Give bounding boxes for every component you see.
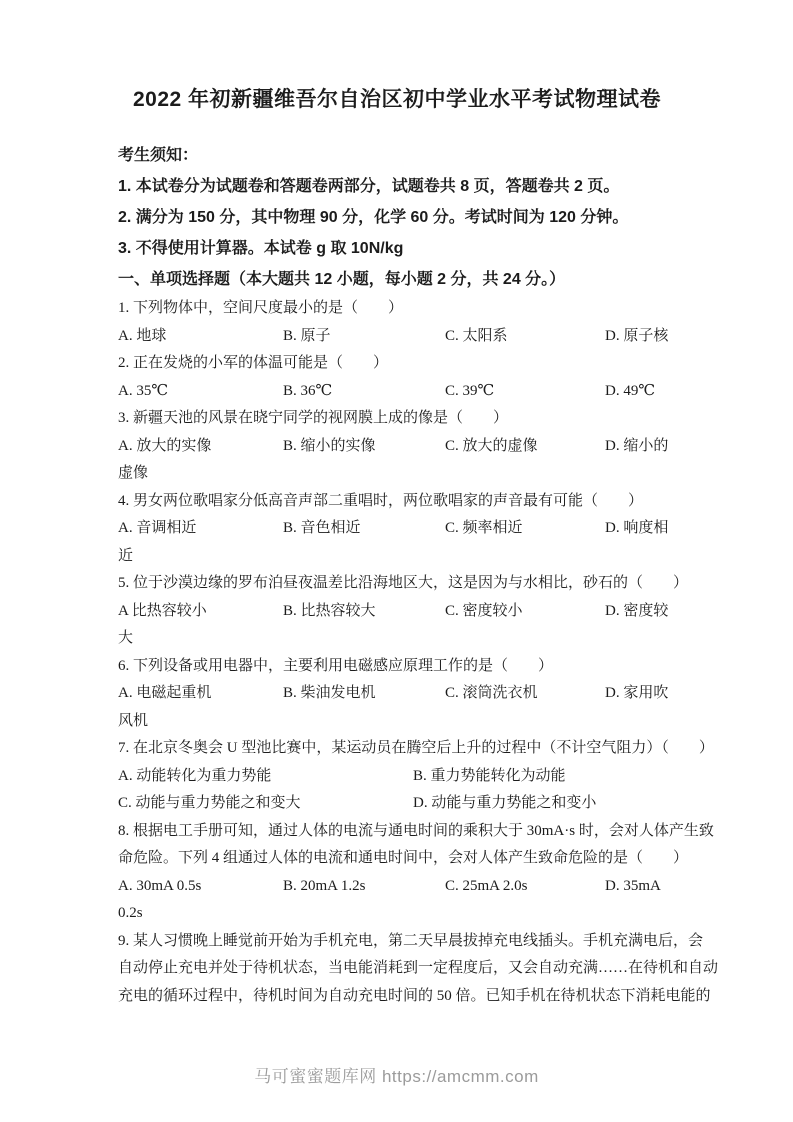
option-a: A. 35℃ bbox=[118, 378, 168, 406]
option-d-overflow: 风机 bbox=[118, 708, 676, 736]
option-d: D. 动能与重力势能之和变小 bbox=[413, 790, 596, 818]
option-b: B. 比热容较大 bbox=[283, 598, 376, 626]
options-row: A. 电磁起重机 B. 柴油发电机 C. 滚筒洗衣机 D. 家用吹 bbox=[118, 680, 676, 708]
exam-paper-page: 2022 年初新疆维吾尔自治区初中学业水平考试物理试卷 考生须知： 1. 本试卷… bbox=[0, 0, 793, 1122]
question-stem: 1. 下列物体中，空间尺度最小的是（ ） bbox=[118, 295, 676, 323]
options-row: C. 动能与重力势能之和变大 D. 动能与重力势能之和变小 bbox=[118, 790, 676, 818]
option-d: D. 35mA bbox=[605, 873, 661, 901]
notice-heading: 考生须知： bbox=[118, 140, 676, 171]
question-stem-line-2: 命危险。下列 4 组通过人体的电流和通电时间中，会对人体产生致命危险的是（ ） bbox=[118, 845, 676, 873]
option-d: D. 缩小的 bbox=[605, 433, 668, 461]
option-a: A. 动能转化为重力势能 bbox=[118, 763, 271, 791]
question-2: 2. 正在发烧的小军的体温可能是（ ） A. 35℃ B. 36℃ C. 39℃… bbox=[118, 350, 676, 405]
option-d-overflow: 大 bbox=[118, 625, 676, 653]
notice-item-3: 3. 不得使用计算器。本试卷 g 取 10N/kg bbox=[118, 233, 676, 264]
option-d-overflow: 0.2s bbox=[118, 900, 676, 928]
options-row: A. 放大的实像 B. 缩小的实像 C. 放大的虚像 D. 缩小的 bbox=[118, 433, 676, 461]
option-c: C. 25mA 2.0s bbox=[445, 873, 528, 901]
option-d-overflow: 近 bbox=[118, 543, 676, 571]
question-9: 9. 某人习惯晚上睡觉前开始为手机充电，第二天早晨拔掉充电线插头。手机充满电后，… bbox=[118, 928, 676, 1011]
option-c: C. 放大的虚像 bbox=[445, 433, 538, 461]
question-1: 1. 下列物体中，空间尺度最小的是（ ） A. 地球 B. 原子 C. 太阳系 … bbox=[118, 295, 676, 350]
section-heading: 一、单项选择题（本大题共 12 小题，每小题 2 分，共 24 分。） bbox=[118, 264, 676, 295]
notice-item-2: 2. 满分为 150 分，其中物理 90 分，化学 60 分。考试时间为 120… bbox=[118, 202, 676, 233]
options-row: A. 音调相近 B. 音色相近 C. 频率相近 D. 响度相 bbox=[118, 515, 676, 543]
question-5: 5. 位于沙漠边缘的罗布泊昼夜温差比沿海地区大，这是因为与水相比，砂石的（ ） … bbox=[118, 570, 676, 653]
option-d: D. 家用吹 bbox=[605, 680, 668, 708]
option-c: C. 39℃ bbox=[445, 378, 494, 406]
option-b: B. 柴油发电机 bbox=[283, 680, 376, 708]
question-stem: 7. 在北京冬奥会 U 型池比赛中，某运动员在腾空后上升的过程中（不计空气阻力）… bbox=[118, 735, 676, 763]
option-b: B. 缩小的实像 bbox=[283, 433, 376, 461]
question-stem-line-2: 自动停止充电并处于待机状态，当电能消耗到一定程度后，又会自动充满……在待机和自动 bbox=[118, 955, 676, 983]
question-stem-line-1: 9. 某人习惯晚上睡觉前开始为手机充电，第二天早晨拔掉充电线插头。手机充满电后，… bbox=[118, 928, 676, 956]
option-b: B. 20mA 1.2s bbox=[283, 873, 366, 901]
options-row: A. 地球 B. 原子 C. 太阳系 D. 原子核 bbox=[118, 323, 676, 351]
option-b: B. 36℃ bbox=[283, 378, 332, 406]
question-4: 4. 男女两位歌唱家分低高音声部二重唱时，两位歌唱家的声音最有可能（ ） A. … bbox=[118, 488, 676, 571]
option-a: A 比热容较小 bbox=[118, 598, 207, 626]
option-c: C. 动能与重力势能之和变大 bbox=[118, 790, 301, 818]
question-stem: 6. 下列设备或用电器中，主要利用电磁感应原理工作的是（ ） bbox=[118, 653, 676, 681]
option-c: C. 频率相近 bbox=[445, 515, 523, 543]
option-d: D. 49℃ bbox=[605, 378, 655, 406]
option-a: A. 电磁起重机 bbox=[118, 680, 211, 708]
option-d-overflow: 虚像 bbox=[118, 460, 676, 488]
notice-item-1: 1. 本试卷分为试题卷和答题卷两部分，试题卷共 8 页，答题卷共 2 页。 bbox=[118, 171, 676, 202]
option-b: B. 重力势能转化为动能 bbox=[413, 763, 566, 791]
option-d: D. 原子核 bbox=[605, 323, 668, 351]
option-a: A. 30mA 0.5s bbox=[118, 873, 201, 901]
footer-watermark: 马可蜜蜜题库网 https://amcmm.com bbox=[0, 1062, 793, 1087]
exam-content: 2022 年初新疆维吾尔自治区初中学业水平考试物理试卷 考生须知： 1. 本试卷… bbox=[118, 85, 676, 1010]
options-row: A. 动能转化为重力势能 B. 重力势能转化为动能 bbox=[118, 763, 676, 791]
question-6: 6. 下列设备或用电器中，主要利用电磁感应原理工作的是（ ） A. 电磁起重机 … bbox=[118, 653, 676, 736]
option-c: C. 太阳系 bbox=[445, 323, 508, 351]
option-a: A. 地球 bbox=[118, 323, 166, 351]
option-b: B. 音色相近 bbox=[283, 515, 361, 543]
option-d: D. 响度相 bbox=[605, 515, 668, 543]
question-stem-line-1: 8. 根据电工手册可知，通过人体的电流与通电时间的乘积大于 30mA·s 时，会… bbox=[118, 818, 676, 846]
question-stem-line-3: 充电的循环过程中，待机时间为自动充电时间的 50 倍。已知手机在待机状态下消耗电… bbox=[118, 983, 676, 1011]
option-b: B. 原子 bbox=[283, 323, 331, 351]
options-row: A. 30mA 0.5s B. 20mA 1.2s C. 25mA 2.0s D… bbox=[118, 873, 676, 901]
page-title: 2022 年初新疆维吾尔自治区初中学业水平考试物理试卷 bbox=[118, 85, 676, 115]
question-3: 3. 新疆天池的风景在晓宁同学的视网膜上成的像是（ ） A. 放大的实像 B. … bbox=[118, 405, 676, 488]
question-8: 8. 根据电工手册可知，通过人体的电流与通电时间的乘积大于 30mA·s 时，会… bbox=[118, 818, 676, 928]
question-stem: 3. 新疆天池的风景在晓宁同学的视网膜上成的像是（ ） bbox=[118, 405, 676, 433]
options-row: A. 35℃ B. 36℃ C. 39℃ D. 49℃ bbox=[118, 378, 676, 406]
option-c: C. 滚筒洗衣机 bbox=[445, 680, 538, 708]
option-a: A. 音调相近 bbox=[118, 515, 196, 543]
question-stem: 2. 正在发烧的小军的体温可能是（ ） bbox=[118, 350, 676, 378]
option-c: C. 密度较小 bbox=[445, 598, 523, 626]
question-stem: 4. 男女两位歌唱家分低高音声部二重唱时，两位歌唱家的声音最有可能（ ） bbox=[118, 488, 676, 516]
options-row: A 比热容较小 B. 比热容较大 C. 密度较小 D. 密度较 bbox=[118, 598, 676, 626]
question-stem: 5. 位于沙漠边缘的罗布泊昼夜温差比沿海地区大，这是因为与水相比，砂石的（ ） bbox=[118, 570, 676, 598]
question-7: 7. 在北京冬奥会 U 型池比赛中，某运动员在腾空后上升的过程中（不计空气阻力）… bbox=[118, 735, 676, 818]
option-a: A. 放大的实像 bbox=[118, 433, 211, 461]
notice-section: 考生须知： 1. 本试卷分为试题卷和答题卷两部分，试题卷共 8 页，答题卷共 2… bbox=[118, 140, 676, 264]
option-d: D. 密度较 bbox=[605, 598, 668, 626]
